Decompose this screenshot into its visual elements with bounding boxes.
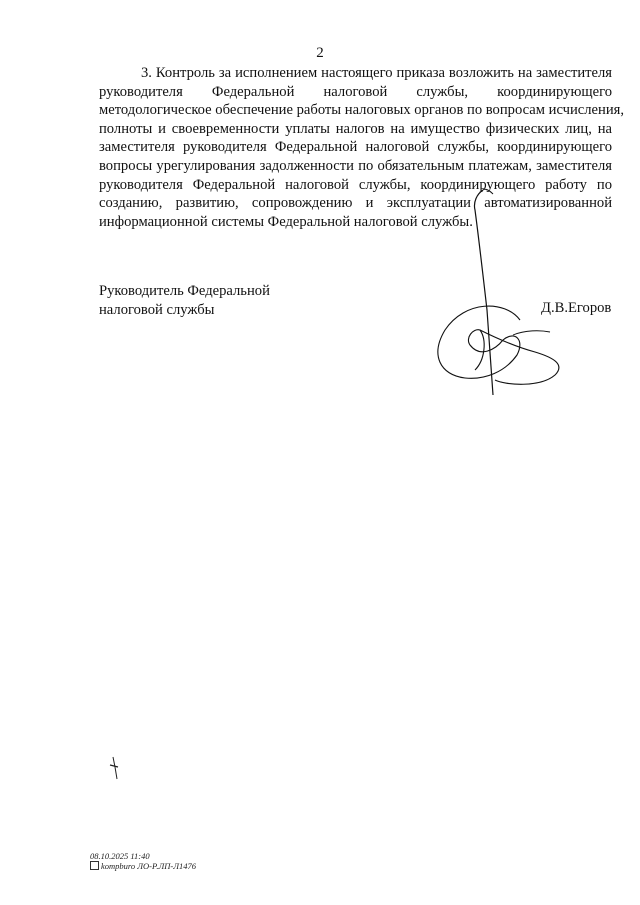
signatory-position: Руководитель Федеральной налоговой служб… — [99, 282, 270, 319]
paragraph-line: заместителя руководителя Федеральной нал… — [99, 138, 612, 157]
save-disk-icon — [90, 861, 99, 870]
paragraph-line: вопросы урегулирования задолженности по … — [99, 157, 612, 176]
paragraph-line: руководителя Федеральной налоговой служб… — [99, 83, 612, 102]
paragraph-line: 3. Контроль за исполнением настоящего пр… — [99, 64, 612, 83]
page-number: 2 — [0, 45, 640, 62]
position-line: налоговой службы — [99, 301, 270, 320]
paragraph-line: методологическое обеспечение работы нало… — [99, 101, 612, 120]
handwritten-signature-icon — [425, 180, 615, 405]
pen-mark-icon — [105, 755, 125, 781]
print-timestamp: 08.10.2025 11:40 — [90, 851, 196, 861]
position-line: Руководитель Федеральной — [99, 282, 270, 301]
file-reference: kompburo ЛО-Р.ЛП-Л1476 — [90, 861, 196, 871]
paragraph-line: полноты и своевременности уплаты налогов… — [99, 120, 612, 139]
document-footer: 08.10.2025 11:40 kompburo ЛО-Р.ЛП-Л1476 — [90, 851, 196, 871]
file-reference-text: kompburo ЛО-Р.ЛП-Л1476 — [101, 861, 196, 871]
